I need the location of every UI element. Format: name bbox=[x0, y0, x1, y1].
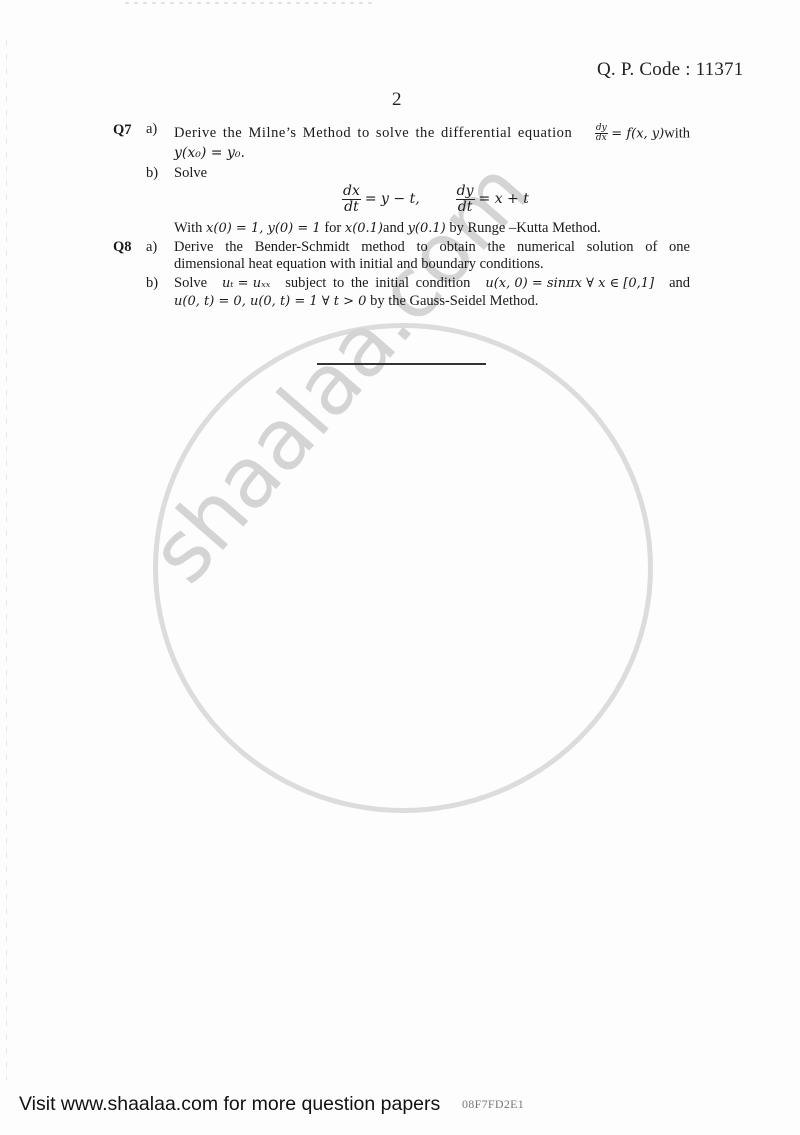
q8b-line2: u(0, t) = 0, u(0, t) = 1 ∀ t > 0 by the … bbox=[174, 293, 538, 310]
q7b-eq2-rhs: = x + t bbox=[479, 191, 529, 207]
q7b-solve: Solve bbox=[174, 165, 207, 182]
scan-top-artifact bbox=[125, 2, 375, 4]
q7b-eq2-fraction: dy dt bbox=[456, 184, 475, 214]
q8-part-b-label: b) bbox=[146, 275, 158, 292]
q8a-line2: dimensional heat equation with initial a… bbox=[174, 256, 544, 273]
footer-document-id: 08F7FD2E1 bbox=[462, 1097, 524, 1112]
q7a-line2: y(x₀) = y₀. bbox=[174, 145, 245, 161]
q8b-line1: Solve uₜ = uₓₓ subject to the initial co… bbox=[174, 275, 690, 292]
question-paper-code: Q. P. Code : 11371 bbox=[597, 59, 743, 81]
q7a-fraction: dy dx bbox=[595, 124, 608, 144]
q7a-line1: Derive the Milne’s Method to solve the d… bbox=[174, 124, 690, 144]
q7a-text: Derive the Milne’s Method to solve the d… bbox=[174, 125, 572, 142]
q7-part-a-label: a) bbox=[146, 121, 157, 138]
footer-promo-link[interactable]: Visit www.shaalaa.com for more question … bbox=[19, 1093, 440, 1116]
q8a-line1: Derive the Bender-Schmidt method to obta… bbox=[174, 239, 690, 256]
q7-part-b-label: b) bbox=[146, 165, 158, 182]
q7b-eq1-fraction: dx dt bbox=[342, 184, 361, 214]
q7b-with-line: With x(0) = 1, y(0) = 1 for x(0.1)and y(… bbox=[174, 220, 601, 237]
scan-edge-artifact bbox=[6, 40, 7, 1080]
q7a-equation: dy dx = f(x, y)with bbox=[595, 124, 690, 144]
question-label-q7: Q7 bbox=[113, 122, 132, 139]
q7b-equations: dx dt = y − t, dy dt = x + t bbox=[342, 184, 529, 214]
page-number: 2 bbox=[392, 89, 402, 111]
q8-part-a-label: a) bbox=[146, 239, 157, 256]
end-of-paper-rule bbox=[317, 363, 486, 365]
question-label-q8: Q8 bbox=[113, 239, 132, 256]
q7b-eq1-rhs: = y − t, bbox=[365, 191, 420, 207]
